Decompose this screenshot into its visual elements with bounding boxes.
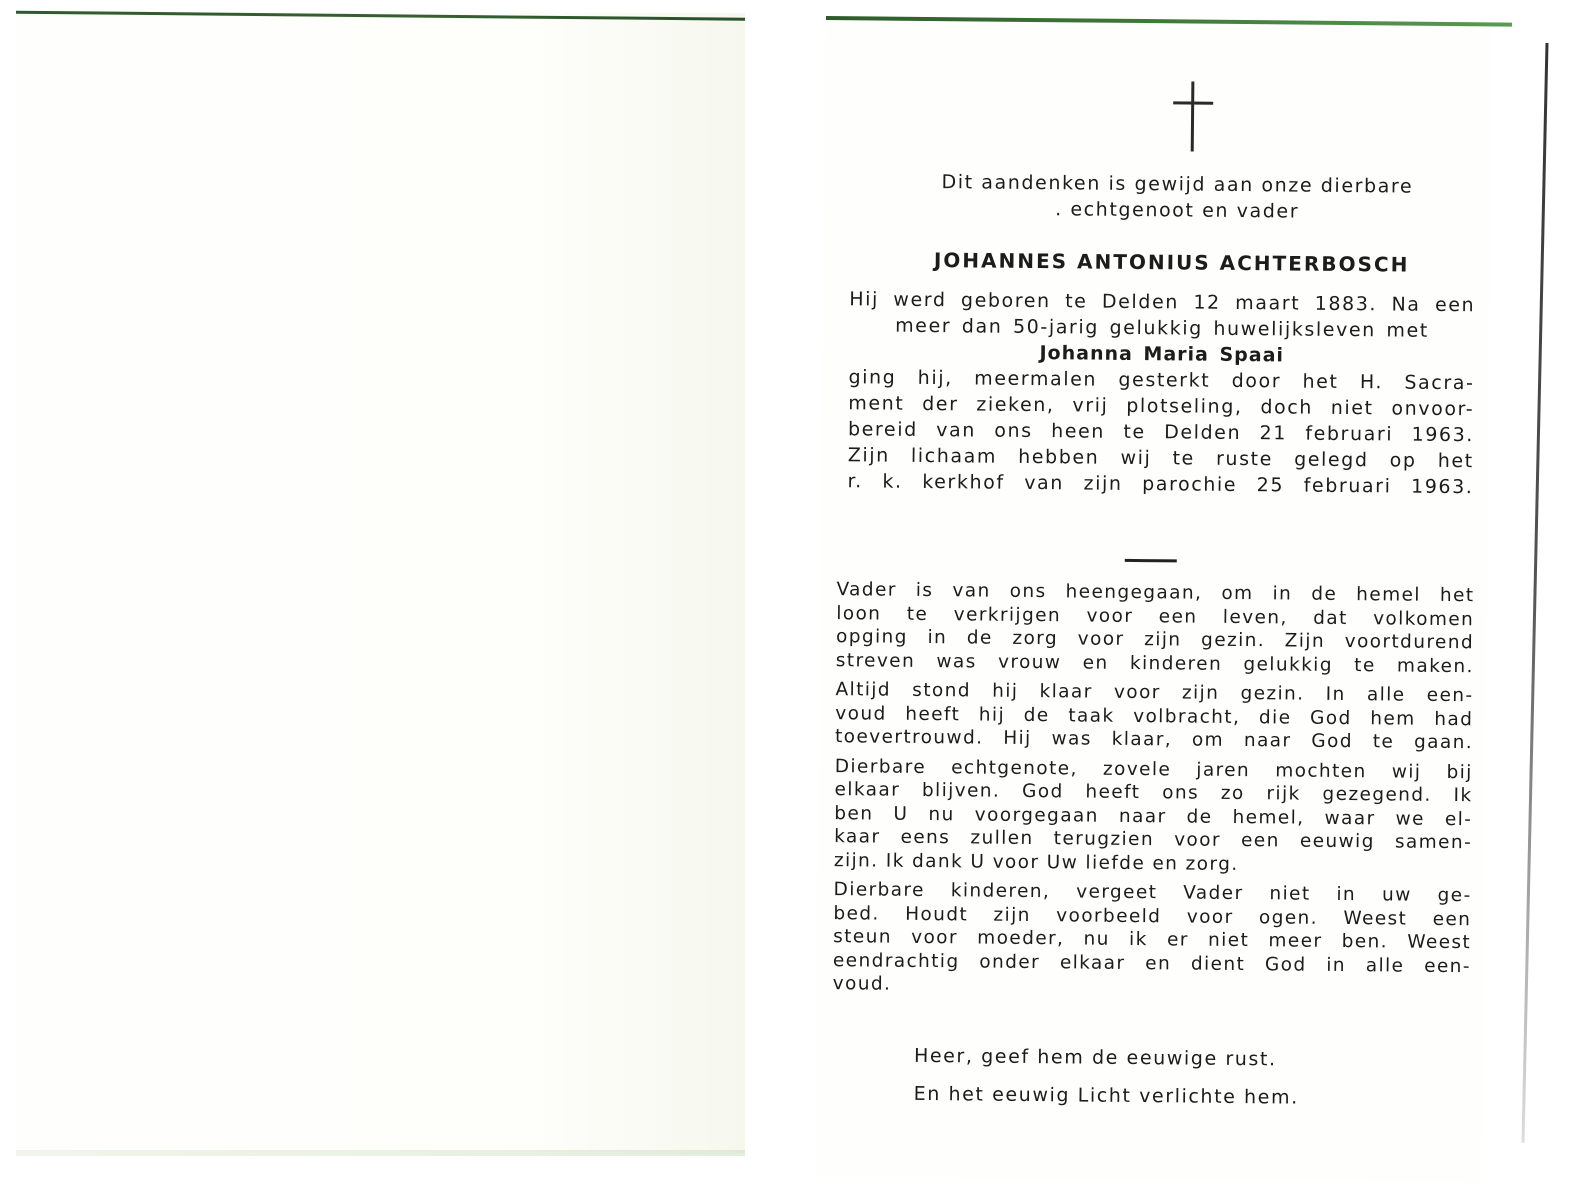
divider [1125, 559, 1177, 562]
biography: Hij werd geboren te Delden 12 maart 1883… [821, 286, 1489, 500]
prayer-line: En het eeuwig Licht verlichte hem. [913, 1075, 1481, 1118]
cross-icon [1173, 81, 1214, 153]
paragraph: Vader is van ons heengegaan, om in de he… [836, 578, 1475, 678]
bio-line: r. k. kerkhof van zijn parochie 25 febru… [847, 468, 1473, 500]
deceased-name: JOHANNES ANTONIUS ACHTERBOSCH [824, 246, 1490, 278]
blank-left-card [16, 11, 745, 1154]
paragraph: Dierbare echtgenote, zovele jaren mochte… [834, 755, 1473, 879]
card-shadow [16, 1150, 745, 1156]
paragraph: Altijd stond hij klaar voor zijn gezin. … [835, 678, 1474, 755]
card-right-edge [1521, 43, 1548, 1143]
dedication: Dit aandenken is gewijd aan onze dierbar… [824, 168, 1490, 226]
memorial-card: Dit aandenken is gewijd aan onze dierbar… [815, 16, 1492, 1182]
closing-prayer: Heer, geef hem de eeuwige rust. En het e… [815, 1036, 1482, 1118]
memorial-text: Vader is van ons heengegaan, om in de he… [817, 578, 1487, 1008]
card-top-edge [16, 11, 745, 21]
card-top-edge [826, 16, 1512, 27]
paragraph: Dierbare kinderen, vergeet Vader niet in… [833, 878, 1472, 1002]
text-line: toevertrouwd. Hij was klaar, om naar God… [835, 725, 1473, 755]
prayer-line: Heer, geef hem de eeuwige rust. [914, 1037, 1482, 1080]
